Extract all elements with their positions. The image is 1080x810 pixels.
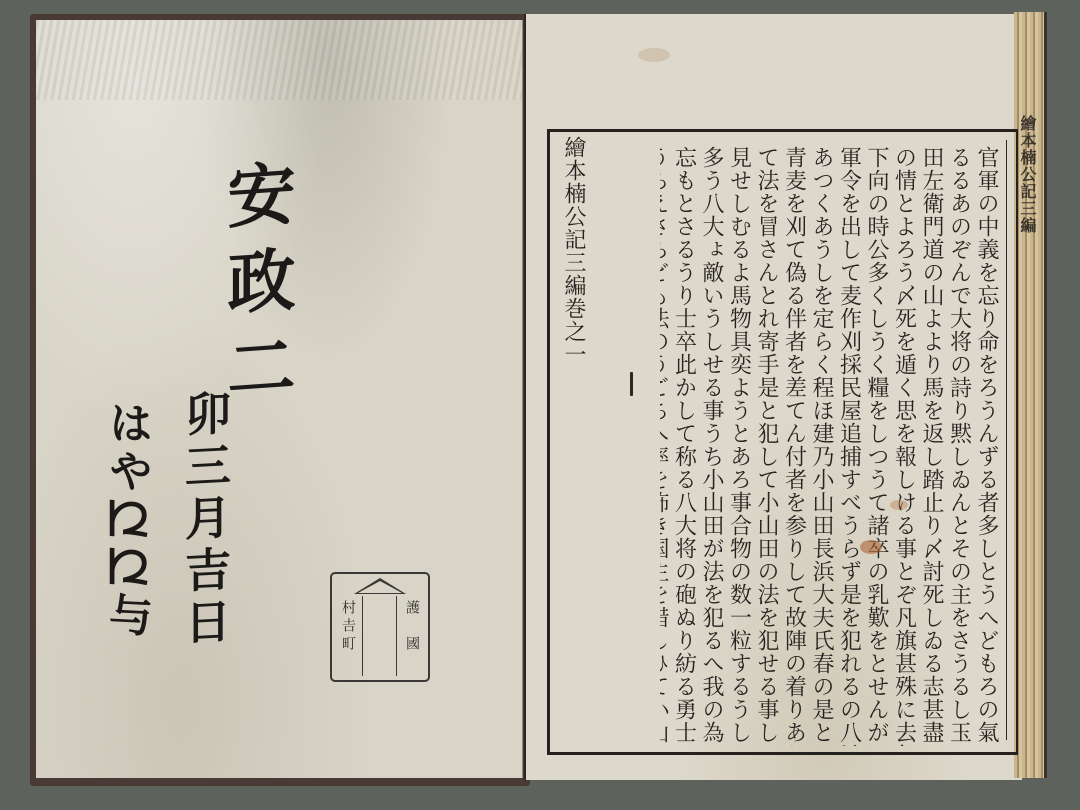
- inscription-era: 安政二: [222, 158, 290, 421]
- paper-stain: [860, 540, 882, 554]
- text-line: の情とよろう〆死を遁く思を報しける事とぞ凡旗甚殊に去年勢安: [890, 146, 918, 746]
- inner-rule-line: [1006, 140, 1007, 740]
- seal-divider: [362, 596, 363, 676]
- fore-edge-label: 繪本楠公記三編: [1016, 115, 1039, 234]
- text-line: て法を冒さんとれ寄手是と犯して小山田の法を犯せる事しく: [753, 146, 781, 746]
- text-line: 軍令を出して麦作刈採民屋追捕すべうらず是を犯れるの八誅に: [835, 146, 863, 746]
- text-line: 下向の時公多くしうく糧をしつうて諸卒の乳歎をとせんがさめ: [863, 146, 891, 746]
- text-line: 多う八大ょ敵いうしせる事うち小山田が法を犯るへ我の為よ罪を: [698, 146, 726, 746]
- seal-roof-icon: [354, 578, 406, 594]
- text-line: 官軍の中義を忘り命をろうんずる者多しとうへどもろの氣: [973, 146, 1001, 746]
- body-text: 官軍の中義を忘り命をろうんずる者多しとうへどもろの氣 るるあのぞんで大将の詩り黙…: [660, 146, 1000, 746]
- title-end-mark: [630, 372, 633, 396]
- open-book: 安政二 卯三月吉日 はや𛀁𛀁与 護𨈹國 𨕙田屋庄治 村𠮷町 繪本楠公記三編 繪本…: [0, 0, 1080, 810]
- inscription-date: 卯三月吉日: [182, 389, 228, 651]
- inscription-name: はや𛀁𛀁与: [104, 399, 148, 641]
- text-line: 見せしむるよ馬物具奕ようとあろ事合物の数一粒するうし: [725, 146, 753, 746]
- book-title: 繪本楠公記三編巻之一: [558, 136, 589, 366]
- seal-text-center: 𨕙田屋庄治: [368, 596, 408, 680]
- text-line: 忘もとさるうり士卒此かして称る八大将の砲ぬり紡る勇士を劣って: [670, 146, 698, 746]
- text-line: 田左衛門道の山よより馬を返し踏止り〆討死しゐる志甚盡く儀: [918, 146, 946, 746]
- text-line: あつくあうしを定らく程ほ建乃小山田長浜大夫氏春の是とらて小山田を請し: [808, 146, 836, 746]
- text-line: 青麦を刈て偽る伴者を差てん付者を参りして故陣の着りあり: [780, 146, 808, 746]
- paper-stain: [890, 500, 908, 510]
- text-line: るるあのぞんで大将の詩り黙しゐんとその主をさうるし玉へ人小山: [945, 146, 973, 746]
- seal-text-left: 村𠮷町: [338, 600, 358, 654]
- text-line: うらえさらども法のうごちへ率を怖き国主を惜しひて小山田が列く: [660, 146, 670, 746]
- publisher-seal: 護𨈹國 𨕙田屋庄治 村𠮷町: [330, 572, 430, 682]
- paper-stain: [638, 48, 670, 62]
